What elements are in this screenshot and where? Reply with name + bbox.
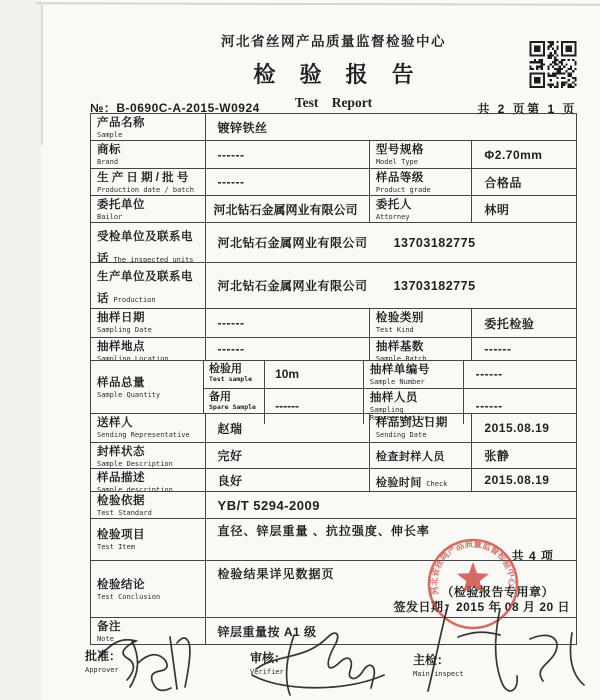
field-value-test-time: 2015.08.19 [472, 469, 576, 491]
field-label-test-item: 检验项目 Test Item [91, 519, 206, 560]
table-row: 封样状态 Sample Description 完好 检查封样人员 Check … [91, 443, 576, 469]
issue-date: 签发日期：2015 年 08 月 20 日 [393, 598, 570, 615]
field-label-seal-state: 封样状态 Sample Description [91, 443, 206, 468]
field-label-sender: 送样人 Sending Representative [91, 414, 206, 442]
field-value-test-item: 直径、锌层重量 、抗拉强度、伸长率 共 4 项 [206, 519, 576, 560]
table-row-sample-quantity: 样品总量 Sample Quantity 检验用 Test sample 10m… [91, 361, 576, 414]
table-row: 检验依据 Test Standard YB/T 5294-2009 [91, 492, 576, 519]
field-value-production-enterprise: 河北钻石金属网业有限公司 13703182775 [206, 263, 576, 308]
scan-margin [0, 0, 41, 700]
field-label-note: 备注 Note [91, 618, 206, 644]
report-table: 产品名称 Sample 镀锌铁丝 商标 Brand ------ 型号规格 Mo… [90, 113, 577, 645]
field-value-model: Φ2.70mm [472, 141, 576, 168]
field-label-test-conclusion: 检验结论 Test Conclusion [91, 561, 206, 617]
scan-edge-line [41, 5, 43, 145]
field-value-sample-description: 良好 [206, 469, 370, 491]
conclusion-text: 检验结果详见数据页 [218, 565, 576, 582]
table-row: 检验结论 Test Conclusion 检验结果详见数据页 （检验报告专用章）… [91, 561, 576, 618]
field-label-sample-quantity: 样品总量 Sample Quantity [91, 361, 204, 413]
field-value-test-sample: 10m [265, 361, 364, 388]
field-value-test-standard: YB/T 5294-2009 [206, 492, 576, 518]
verifier-label: 审核： Verifier [250, 649, 286, 676]
field-label-test-kind: 检验类别 Test Kind [370, 309, 473, 337]
field-label-inspected-units: 受检单位及联系电话 The inspected units and contac… [91, 223, 206, 262]
field-label-sample-batch: 抽样基数 Sample Batch [370, 338, 473, 360]
field-label-test-sample: 检验用 Test sample [204, 361, 265, 388]
company-name: 河北钻石金属网业有限公司 [218, 234, 368, 251]
field-label-bailor: 委托单位 Bailor [91, 196, 206, 222]
field-value-sample: 镀锌铁丝 [206, 114, 576, 140]
field-label-test-time: 检验时间 Check sealing sample time [370, 469, 473, 491]
table-row: 抽样日期 Sampling Date ------ 检验类别 Test Kind… [91, 309, 576, 338]
field-value-sample-number: ------ [464, 361, 576, 388]
field-value-attorney: 林明 [472, 196, 576, 222]
field-value-note: 锌层重量按 A1 级 [206, 618, 576, 644]
test-items-text: 直径、锌层重量 、抗拉强度、伸长率 [218, 522, 576, 539]
field-label-grade: 样品等级 Product grade [370, 169, 473, 195]
main-inspector-label: 主检： Main inspect [413, 651, 464, 678]
field-label-model: 型号规格 Model Type [370, 141, 473, 168]
table-row: 检验项目 Test Item 直径、锌层重量 、抗拉强度、伸长率 共 4 项 [91, 519, 576, 561]
table-row: 产品名称 Sample 镀锌铁丝 [91, 114, 576, 141]
field-value-arrival-date: 2015.08.19 [472, 414, 576, 442]
approver-label: 批准： Approver [85, 647, 121, 674]
field-label-production-enterprise: 生产单位及联系电话 Production enterprises and con… [91, 263, 206, 308]
field-value-bailor: 河北钻石金属网业有限公司 [206, 196, 370, 222]
sample-quantity-grid: 检验用 Test sample 10m 抽样单编号 Sample Number … [204, 361, 576, 413]
table-row: 送样人 Sending Representative 赵瑞 样品到达日期 Sen… [91, 414, 576, 443]
field-label-sampling-date: 抽样日期 Sampling Date [91, 309, 206, 337]
field-value-seal-state: 完好 [206, 443, 370, 468]
field-value-grade: 合格品 [472, 169, 576, 195]
field-label-sample-number: 抽样单编号 Sample Number [364, 361, 464, 388]
table-row: 商标 Brand ------ 型号规格 Model Type Φ2.70mm [91, 141, 576, 169]
field-value-test-kind: 委托检验 [472, 309, 576, 337]
table-row: 备注 Note 锌层重量按 A1 级 [91, 618, 576, 644]
field-label-sample-description: 样品描述 Sample description [91, 469, 206, 491]
field-value-inspected-units: 河北钻石金属网业有限公司 13703182775 [206, 223, 576, 262]
field-label-sampling-location: 抽样地点 Sampling Location [91, 338, 206, 360]
field-value-sampling-location: ------ [206, 338, 370, 360]
field-label-seal-checker: 检查封样人员 Check sealing sample personnel [370, 443, 473, 468]
company-name: 河北钻石金属网业有限公司 [218, 277, 368, 294]
phone-number: 13703182775 [394, 236, 476, 250]
field-value-seal-checker: 张静 [472, 443, 576, 468]
field-label-sample: 产品名称 Sample [91, 114, 206, 140]
qr-code-icon [529, 41, 577, 88]
field-label-arrival-date: 样品到达日期 Sending Date [370, 414, 473, 442]
field-value-sender: 赵瑞 [206, 414, 370, 442]
field-label-brand: 商标 Brand [91, 141, 206, 168]
table-row: 生 产 日 期 / 批 号 Production date / batch --… [91, 169, 576, 196]
table-row: 受检单位及联系电话 The inspected units and contac… [91, 223, 576, 263]
table-row: 样品描述 Sample description 良好 检验时间 Check se… [91, 469, 576, 492]
field-value-production-date: ------ [206, 169, 370, 195]
test-items-count: 共 4 项 [218, 547, 576, 560]
test-report-document: 河北省丝网产品质量监督检验中心 检 验 报 告 Test Report №：B-… [0, 0, 600, 700]
report-header: 河北省丝网产品质量监督检验中心 检 验 报 告 Test Report [90, 0, 577, 111]
field-value-brand: ------ [206, 141, 370, 168]
field-label-production-date: 生 产 日 期 / 批 号 Production date / batch [91, 169, 206, 195]
field-value-test-conclusion: 检验结果详见数据页 （检验报告专用章） 签发日期：2015 年 08 月 20 … [206, 561, 576, 617]
field-label-attorney: 委托人 Attorney [370, 196, 473, 222]
report-title: 检 验 报 告 [90, 58, 577, 89]
table-row: 抽样地点 Sampling Location ------ 抽样基数 Sampl… [91, 338, 576, 361]
organization-name: 河北省丝网产品质量监督检验中心 [90, 30, 577, 50]
sub-row: 检验用 Test sample 10m 抽样单编号 Sample Number … [204, 361, 576, 389]
field-value-sampling-date: ------ [206, 309, 370, 337]
table-row: 生产单位及联系电话 Production enterprises and con… [91, 263, 576, 309]
field-label-test-standard: 检验依据 Test Standard [91, 492, 206, 518]
table-row: 委托单位 Bailor 河北钻石金属网业有限公司 委托人 Attorney 林明 [91, 196, 576, 223]
field-value-sample-batch: ------ [472, 338, 576, 360]
phone-number: 13703182775 [394, 279, 476, 293]
